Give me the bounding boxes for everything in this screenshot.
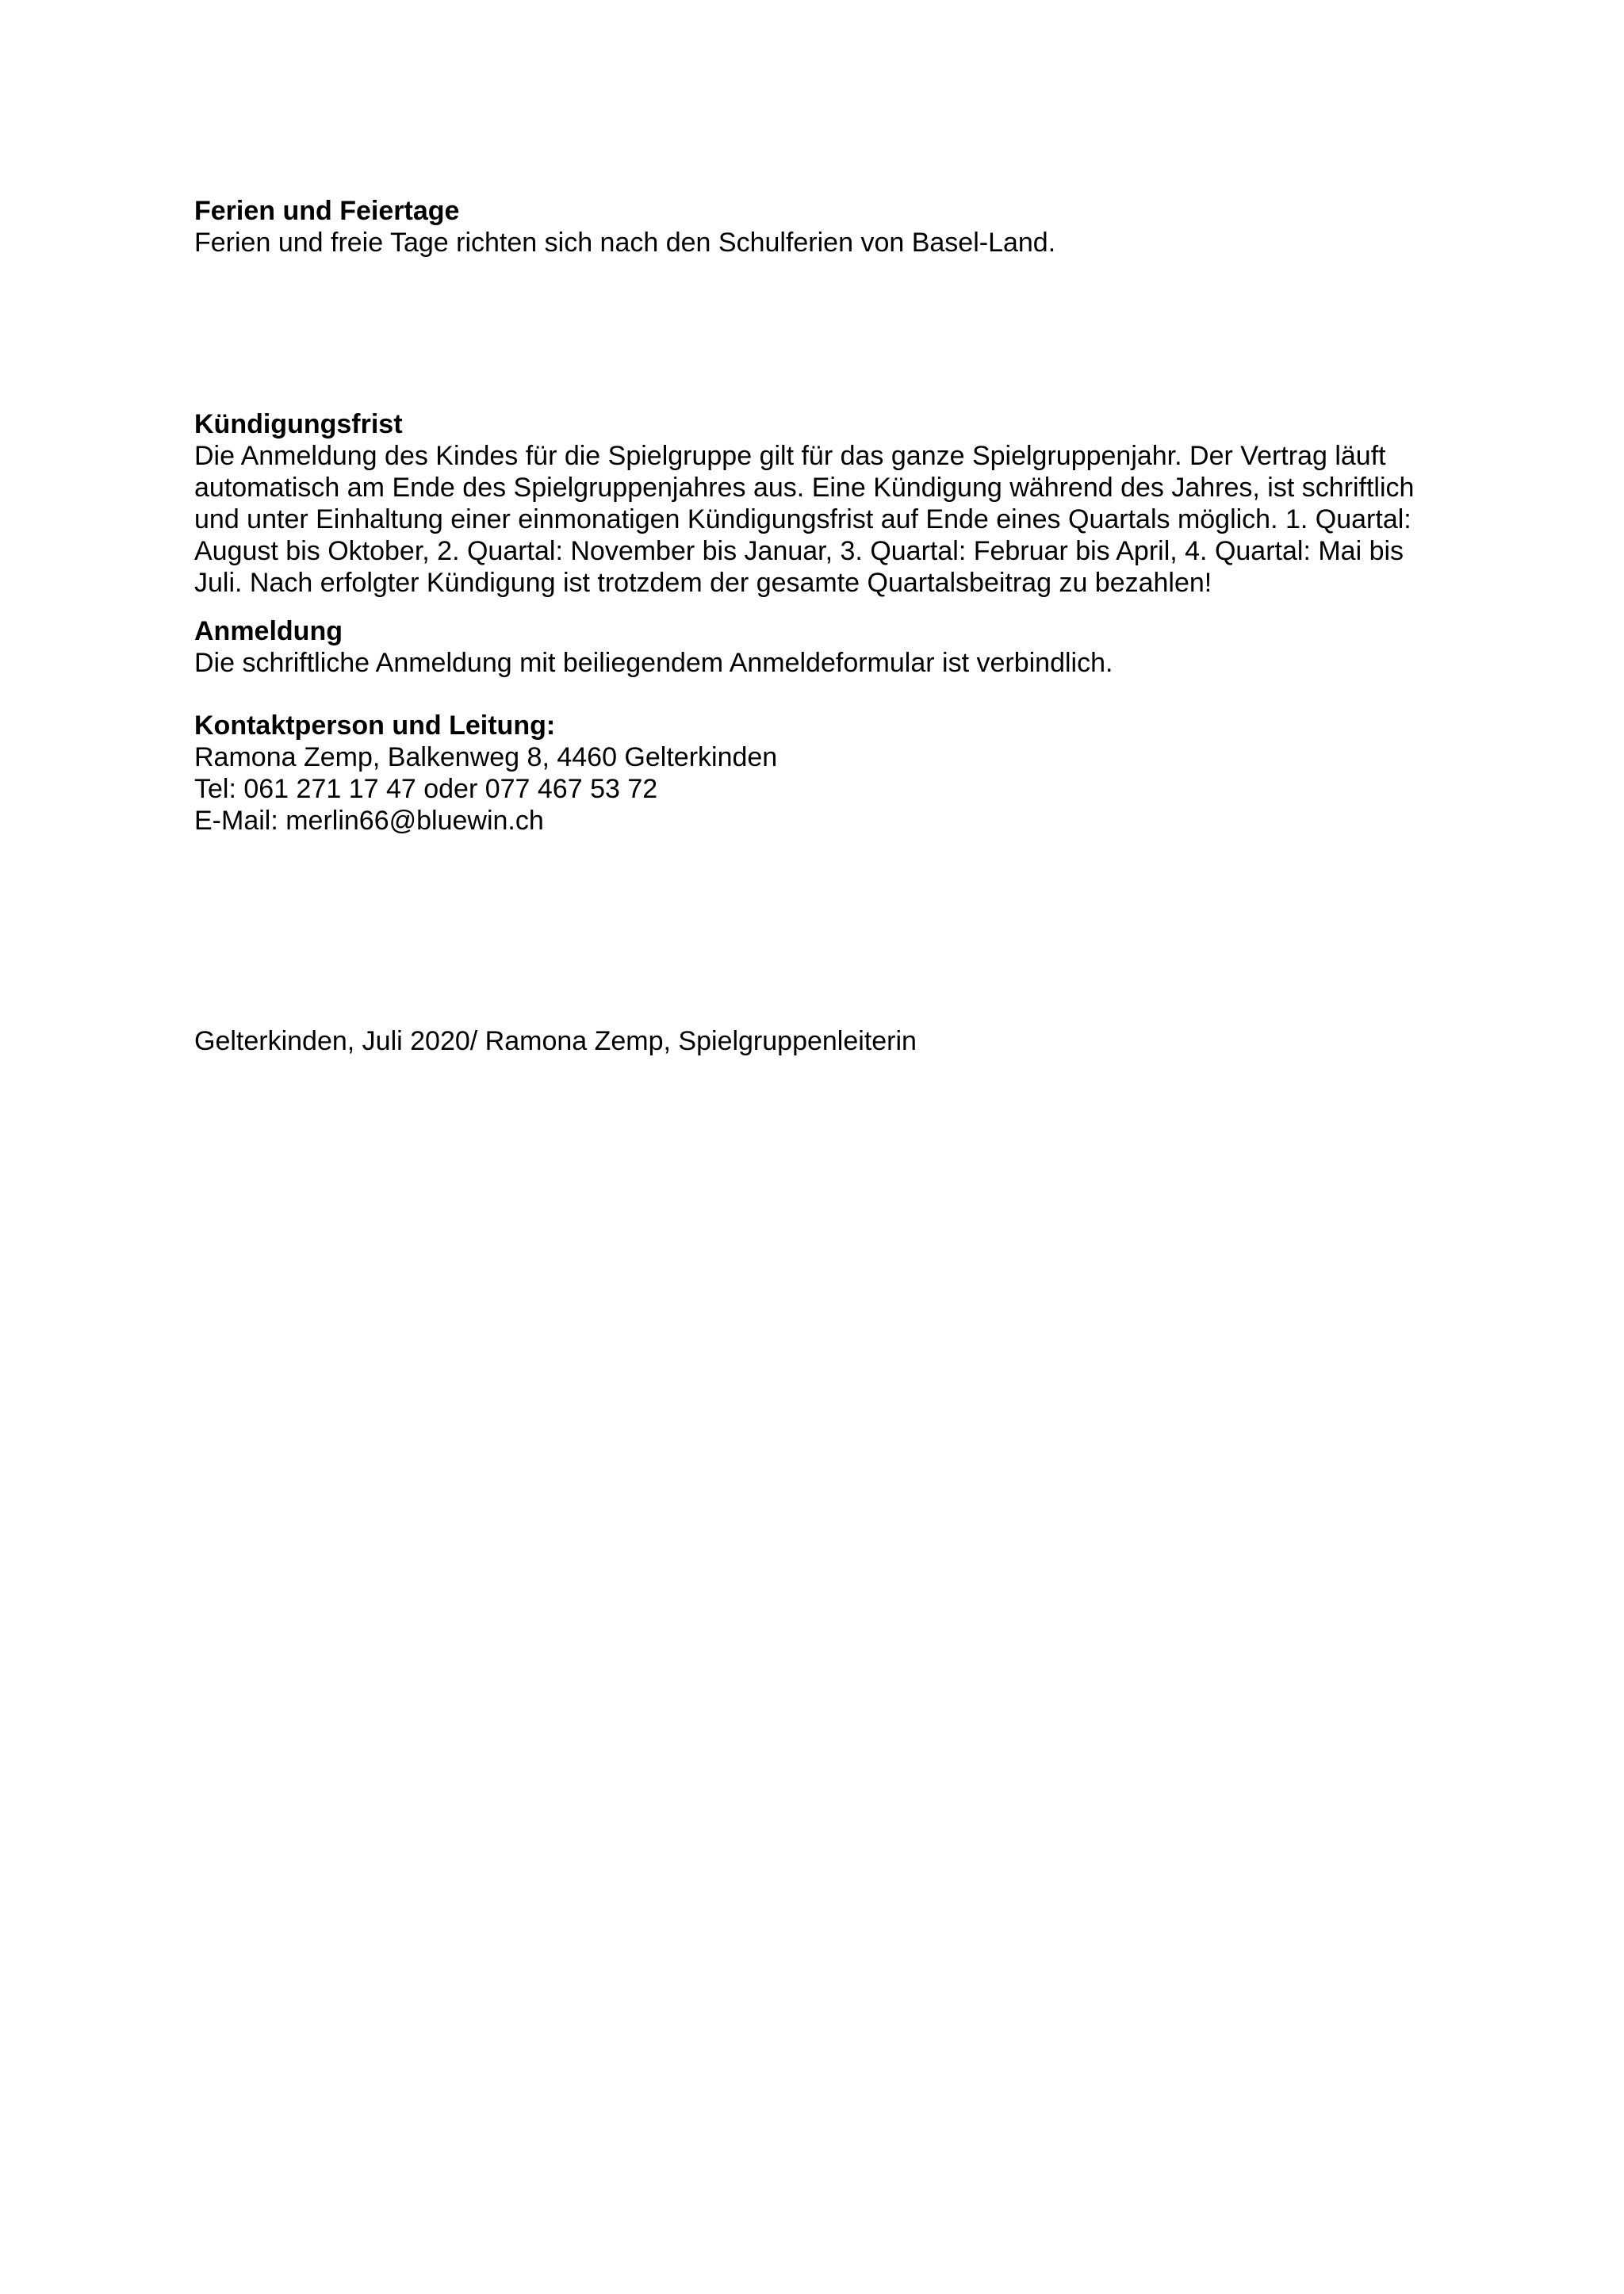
section-heading: Kontaktperson und Leitung: bbox=[194, 710, 1463, 741]
section-registration: Anmeldung Die schriftliche Anmeldung mit… bbox=[194, 615, 1463, 679]
section-holidays: Ferien und Feiertage Ferien und freie Ta… bbox=[194, 195, 1463, 259]
signature-text: Gelterkinden, Juli 2020/ Ramona Zemp, Sp… bbox=[194, 1025, 1463, 1057]
section-text-line: Ferien und freie Tage richten sich nach … bbox=[194, 227, 1463, 259]
section-text-line: automatisch am Ende des Spielgruppenjahr… bbox=[194, 472, 1463, 504]
section-termination: Kündigungsfrist Die Anmeldung des Kindes… bbox=[194, 408, 1463, 599]
section-text-line: Die Anmeldung des Kindes für die Spielgr… bbox=[194, 440, 1463, 472]
section-contact: Kontaktperson und Leitung: Ramona Zemp, … bbox=[194, 710, 1463, 837]
section-heading: Anmeldung bbox=[194, 615, 1463, 647]
section-text-line: Die schriftliche Anmeldung mit beiliegen… bbox=[194, 647, 1463, 679]
contact-phone: Tel: 061 271 17 47 oder 077 467 53 72 bbox=[194, 773, 1463, 805]
section-text-line: Juli. Nach erfolgter Kündigung ist trotz… bbox=[194, 567, 1463, 599]
section-heading: Ferien und Feiertage bbox=[194, 195, 1463, 227]
section-heading: Kündigungsfrist bbox=[194, 408, 1463, 440]
signature-line: Gelterkinden, Juli 2020/ Ramona Zemp, Sp… bbox=[194, 1025, 1463, 1057]
section-text-line: und unter Einhaltung einer einmonatigen … bbox=[194, 504, 1463, 535]
contact-address: Ramona Zemp, Balkenweg 8, 4460 Gelterkin… bbox=[194, 741, 1463, 773]
contact-email: E-Mail: merlin66@bluewin.ch bbox=[194, 805, 1463, 837]
section-text-line: August bis Oktober, 2. Quartal: November… bbox=[194, 535, 1463, 567]
document-page: Ferien und Feiertage Ferien und freie Ta… bbox=[0, 0, 1624, 2294]
